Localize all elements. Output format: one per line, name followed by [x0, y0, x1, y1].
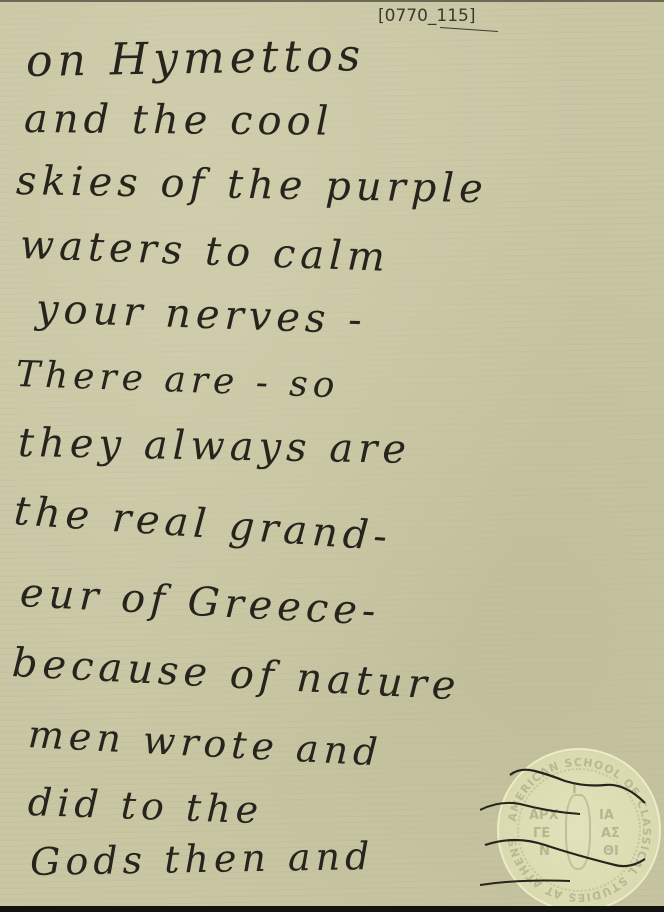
handwritten-line: waters to calm — [19, 222, 390, 281]
handwritten-line: they always are — [18, 420, 412, 473]
handwritten-line: did to the — [27, 780, 264, 832]
handwritten-line: on Hymettos — [26, 30, 366, 87]
handwritten-line: skies of the purple — [16, 158, 489, 212]
handwritten-line: men wrote and — [27, 712, 384, 775]
handwritten-line: eur of Greece- — [19, 570, 382, 635]
handwritten-line: and the cool — [24, 96, 334, 145]
handwritten-line: Gods then and — [30, 834, 375, 884]
handwritten-line: your nerves - — [35, 286, 367, 344]
handwritten-line: the real grand- — [12, 488, 393, 560]
scan-bottom-border — [0, 906, 664, 912]
handwritten-line: because of nature — [11, 640, 462, 709]
handwritten-line: There are - so — [15, 354, 340, 406]
ink-over-seal — [480, 740, 664, 906]
letter-page: [0770_115] on Hymettos and the cool skie… — [0, 0, 664, 906]
